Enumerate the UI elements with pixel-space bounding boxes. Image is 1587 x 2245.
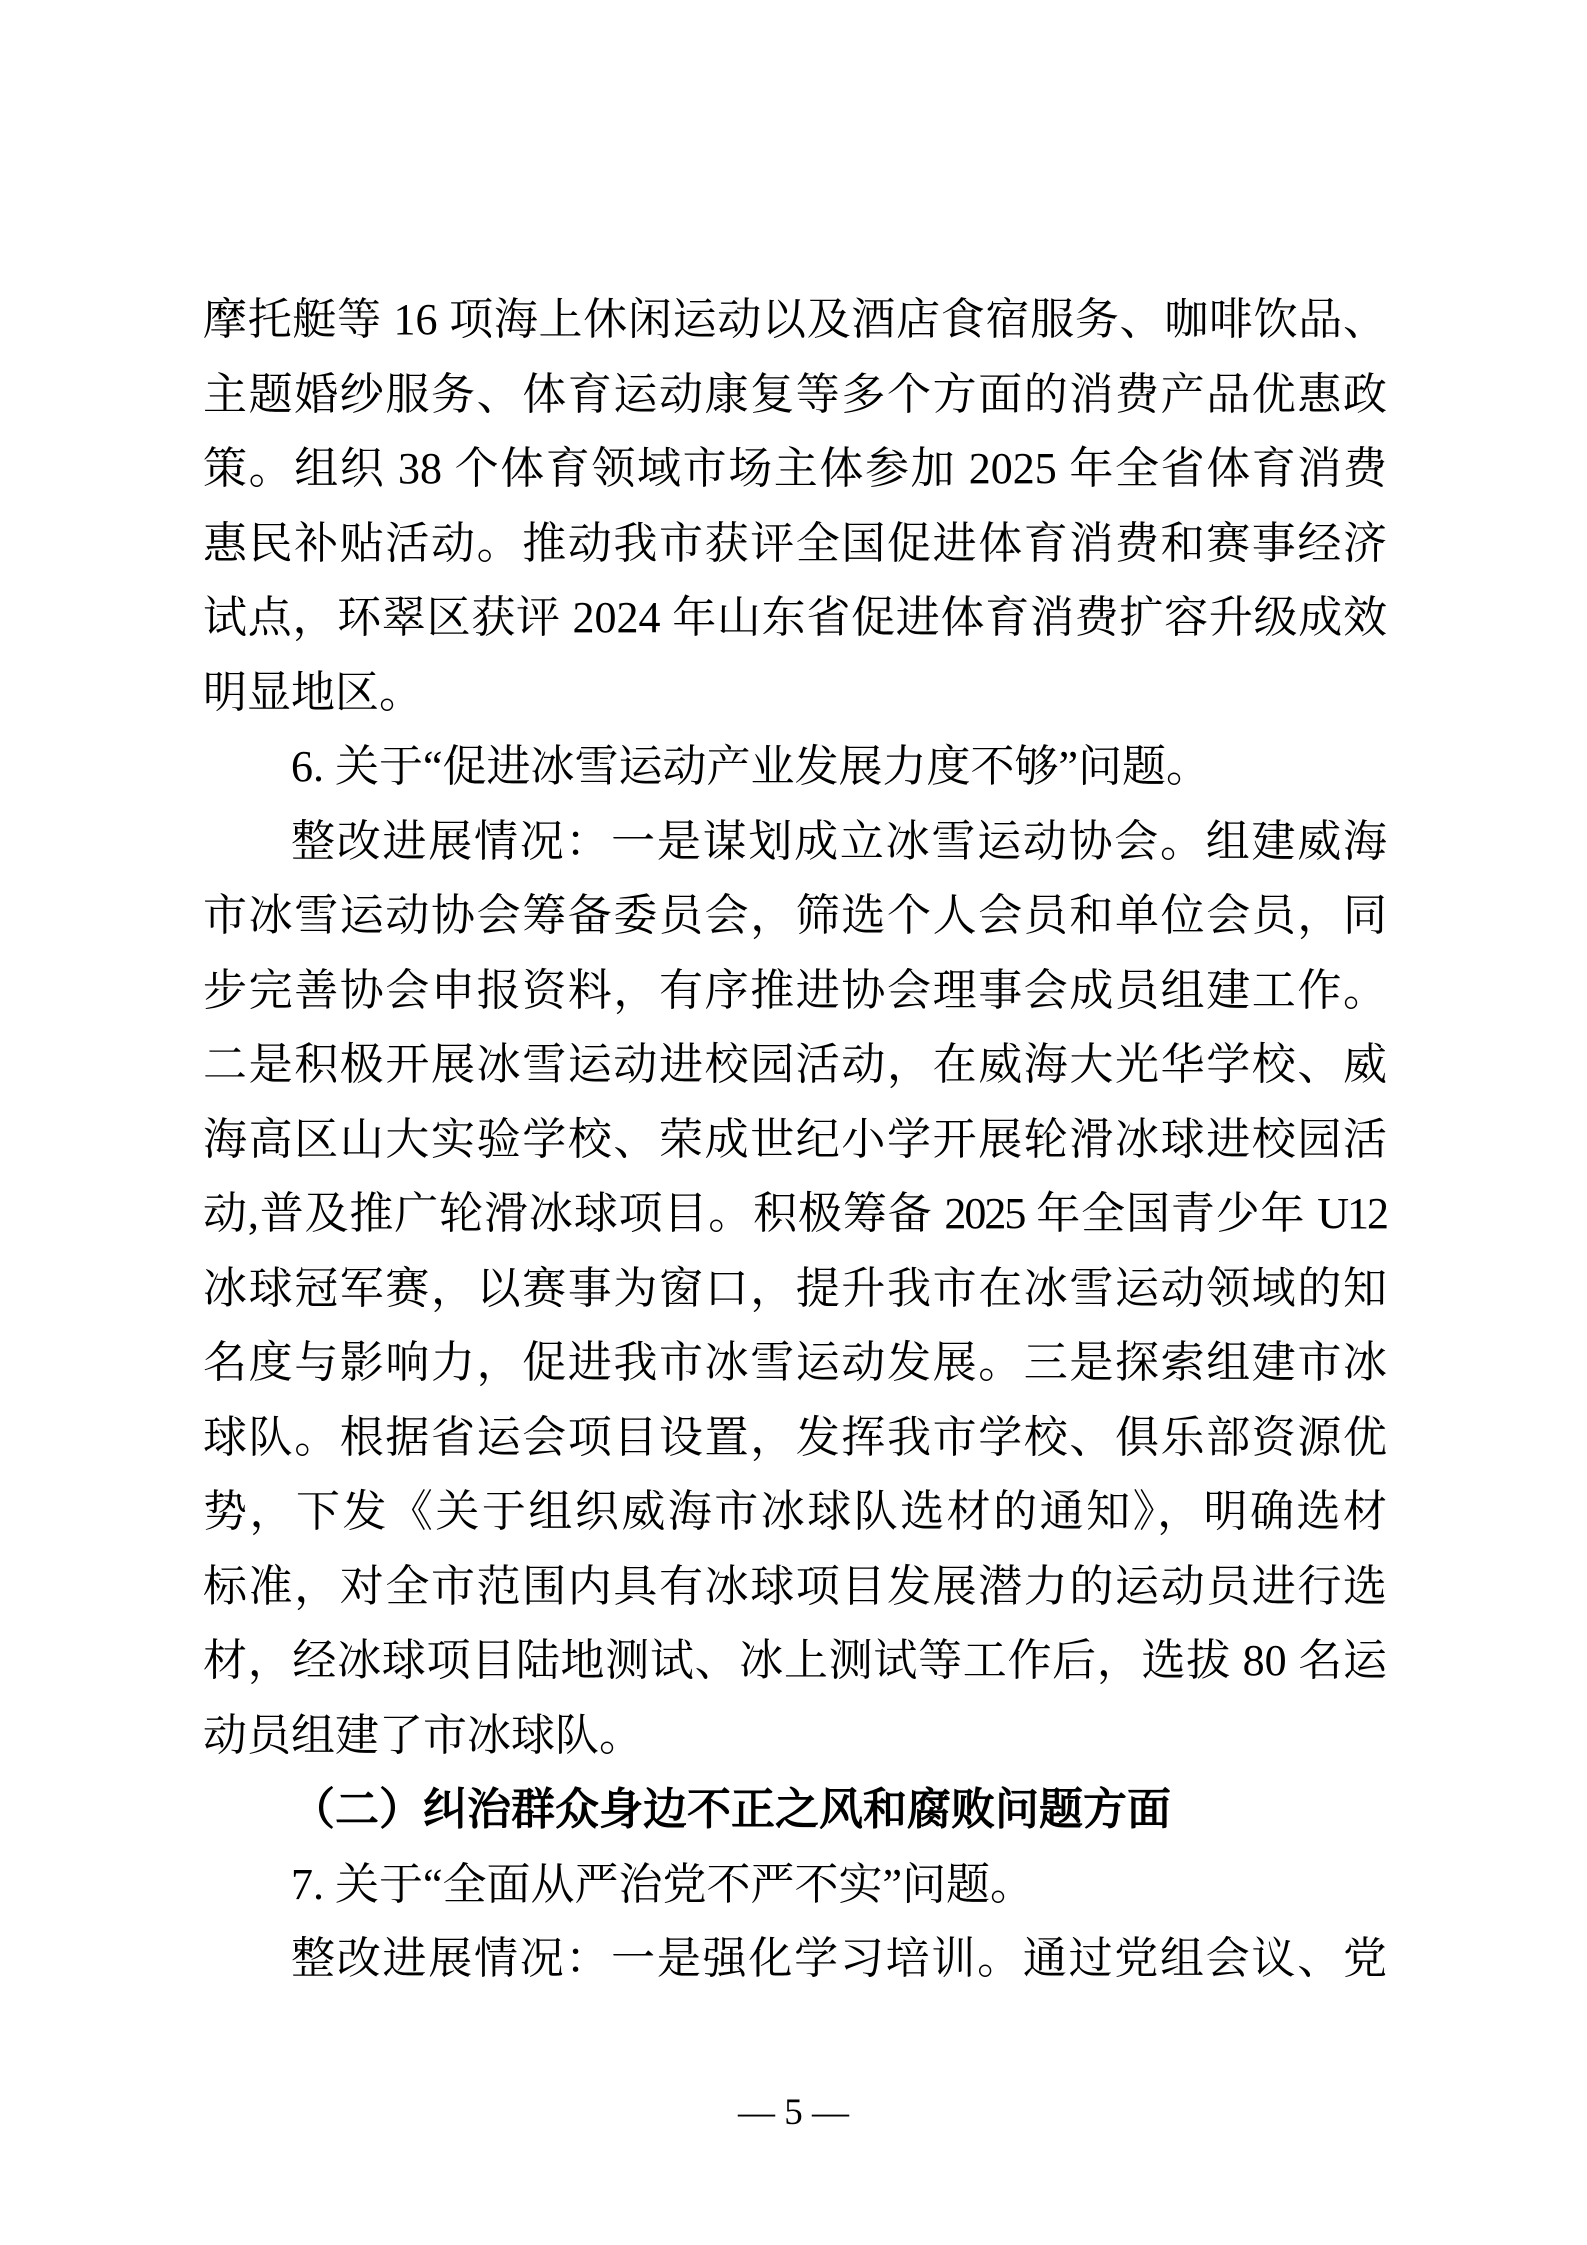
text-line: 摩托艇等 16 项海上休闲运动以及酒店食宿服务、咖啡饮品、	[203, 283, 1387, 358]
text-line: 市冰雪运动协会筹备委员会，筛选个人会员和单位会员，同	[203, 879, 1387, 954]
text-line: 球队。根据省运会项目设置，发挥我市学校、俱乐部资源优	[203, 1401, 1387, 1476]
text-line: 动员组建了市冰球队。	[203, 1699, 1387, 1774]
text-line: 势，下发《关于组织威海市冰球队选材的通知》，明确选材	[203, 1475, 1387, 1550]
text-line: 冰球冠军赛，以赛事为窗口，提升我市在冰雪运动领域的知	[203, 1252, 1387, 1327]
text-line: 惠民补贴活动。推动我市获评全国促进体育消费和赛事经济	[203, 507, 1387, 582]
text-line: 试点，环翠区获评 2024 年山东省促进体育消费扩容升级成效	[203, 581, 1387, 656]
text-line: 策。组织 38 个体育领域市场主体参加 2025 年全省体育消费	[203, 432, 1387, 507]
text-line: 标准，对全市范围内具有冰球项目发展潜力的运动员进行选	[203, 1550, 1387, 1625]
text-line: 步完善协会申报资料，有序推进协会理事会成员组建工作。	[203, 954, 1387, 1029]
document-body: 摩托艇等 16 项海上休闲运动以及酒店食宿服务、咖啡饮品、主题婚纱服务、体育运动…	[203, 283, 1387, 1997]
text-line: 材，经冰球项目陆地测试、冰上测试等工作后，选拔 80 名运	[203, 1624, 1387, 1699]
text-line: 动,普及推广轮滑冰球项目。积极筹备 2025 年全国青少年 U12	[203, 1177, 1387, 1252]
text-line: （二）纠治群众身边不正之风和腐败问题方面	[203, 1773, 1387, 1848]
text-line: 主题婚纱服务、体育运动康复等多个方面的消费产品优惠政	[203, 358, 1387, 433]
text-line: 明显地区。	[203, 656, 1387, 731]
text-line: 6. 关于“促进冰雪运动产业发展力度不够”问题。	[203, 730, 1387, 805]
text-line: 海高区山大实验学校、荣成世纪小学开展轮滑冰球进校园活	[203, 1103, 1387, 1178]
text-line: 整改进展情况：一是谋划成立冰雪运动协会。组建威海	[203, 805, 1387, 880]
document-page: 摩托艇等 16 项海上休闲运动以及酒店食宿服务、咖啡饮品、主题婚纱服务、体育运动…	[0, 0, 1587, 2245]
text-line: 二是积极开展冰雪运动进校园活动，在威海大光华学校、威	[203, 1028, 1387, 1103]
page-number: — 5 —	[0, 2085, 1587, 2140]
text-line: 名度与影响力，促进我市冰雪运动发展。三是探索组建市冰	[203, 1326, 1387, 1401]
text-line: 7. 关于“全面从严治党不严不实”问题。	[203, 1848, 1387, 1923]
text-line: 整改进展情况：一是强化学习培训。通过党组会议、党	[203, 1922, 1387, 1997]
